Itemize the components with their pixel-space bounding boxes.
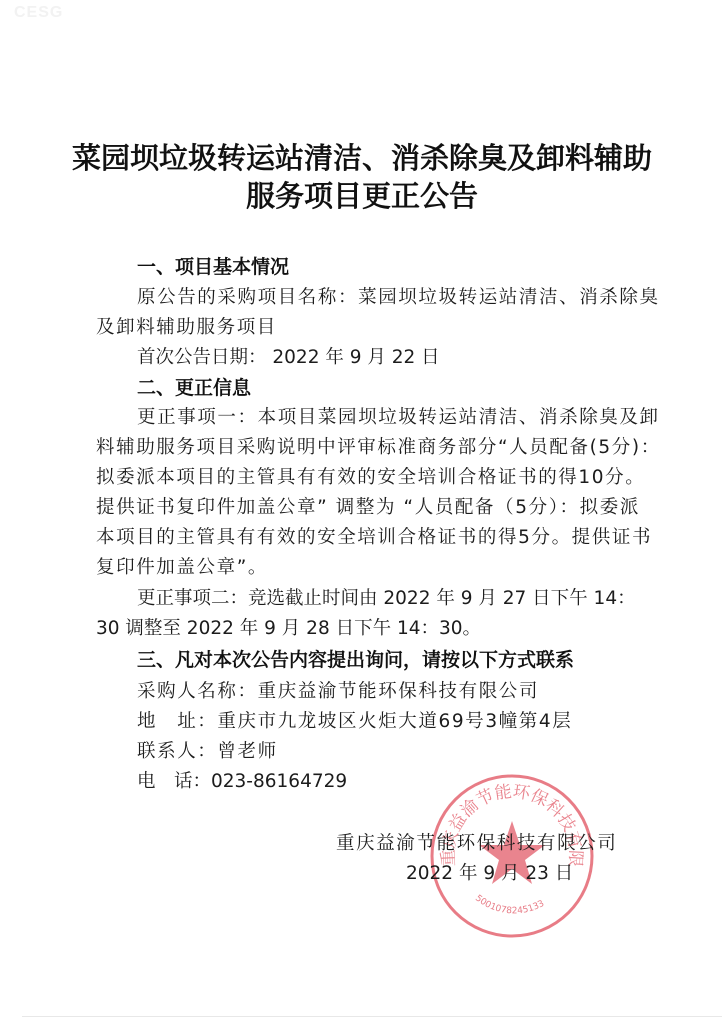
signature-date: 2022 年 9 月 23 日 [406,859,573,885]
original-name-line2: 及卸料辅助服务项目 [96,313,277,339]
signature-company: 重庆益渝节能环保科技有限公司 [336,829,617,855]
svg-text:5001078245133: 5001078245133 [473,893,546,916]
correction-item1-line: 复印件加盖公章”。 [96,553,268,579]
correction-item1-line: 拟委派本项目的主管具有有效的安全培训合格证书的得10分。 [96,463,645,489]
correction-item1-line: 本项目的主管具有有效的安全培训合格证书的得5分。提供证书 [96,523,652,549]
section3-heading: 三、凡对本次公告内容提出询问，请按以下方式联系 [137,645,574,672]
document-title-line2: 服务项目更正公告 [0,174,724,215]
section2-heading: 二、更正信息 [137,373,251,400]
first-announcement-date: 首次公告日期： 2022 年 9 月 22 日 [137,343,440,369]
correction-item1-line: 更正事项一：本项目菜园坝垃圾转运站清洁、消杀除臭及卸 [137,403,660,429]
watermark-logo: CESG [14,4,63,22]
correction-item2-line: 30 调整至 2022 年 9 月 28 日下午 14：30。 [96,614,481,640]
section1-heading: 一、项目基本情况 [137,252,289,279]
document-title-line1: 菜园坝垃圾转运站清洁、消杀除臭及卸料辅助 [0,136,724,177]
original-name-line1: 原公告的采购项目名称：菜园坝垃圾转运站清洁、消杀除臭 [137,283,660,309]
purchaser-address: 地 址：重庆市九龙坡区火炬大道69号3幢第4层 [137,707,572,733]
purchaser-name: 采购人名称：重庆益渝节能环保科技有限公司 [137,677,539,703]
correction-item1-line: 提供证书复印件加盖公章” 调整为 “人员配备（5分）：拟委派 [96,493,640,519]
correction-item2-line: 更正事项二：竞选截止时间由 2022 年 9 月 27 日下午 14： [137,584,636,610]
contact-phone: 电 话：023-86164729 [137,767,347,793]
page-edge-divider [22,1016,722,1017]
correction-item1-line: 料辅助服务项目采购说明中评审标准商务部分“人员配备(5分)： [96,433,661,459]
contact-person: 联系人：曾老师 [137,737,278,763]
company-seal-icon: 重庆益渝节能环保科技有限公司 5001078245133 [427,771,597,941]
seal-number: 5001078245133 [473,893,546,916]
